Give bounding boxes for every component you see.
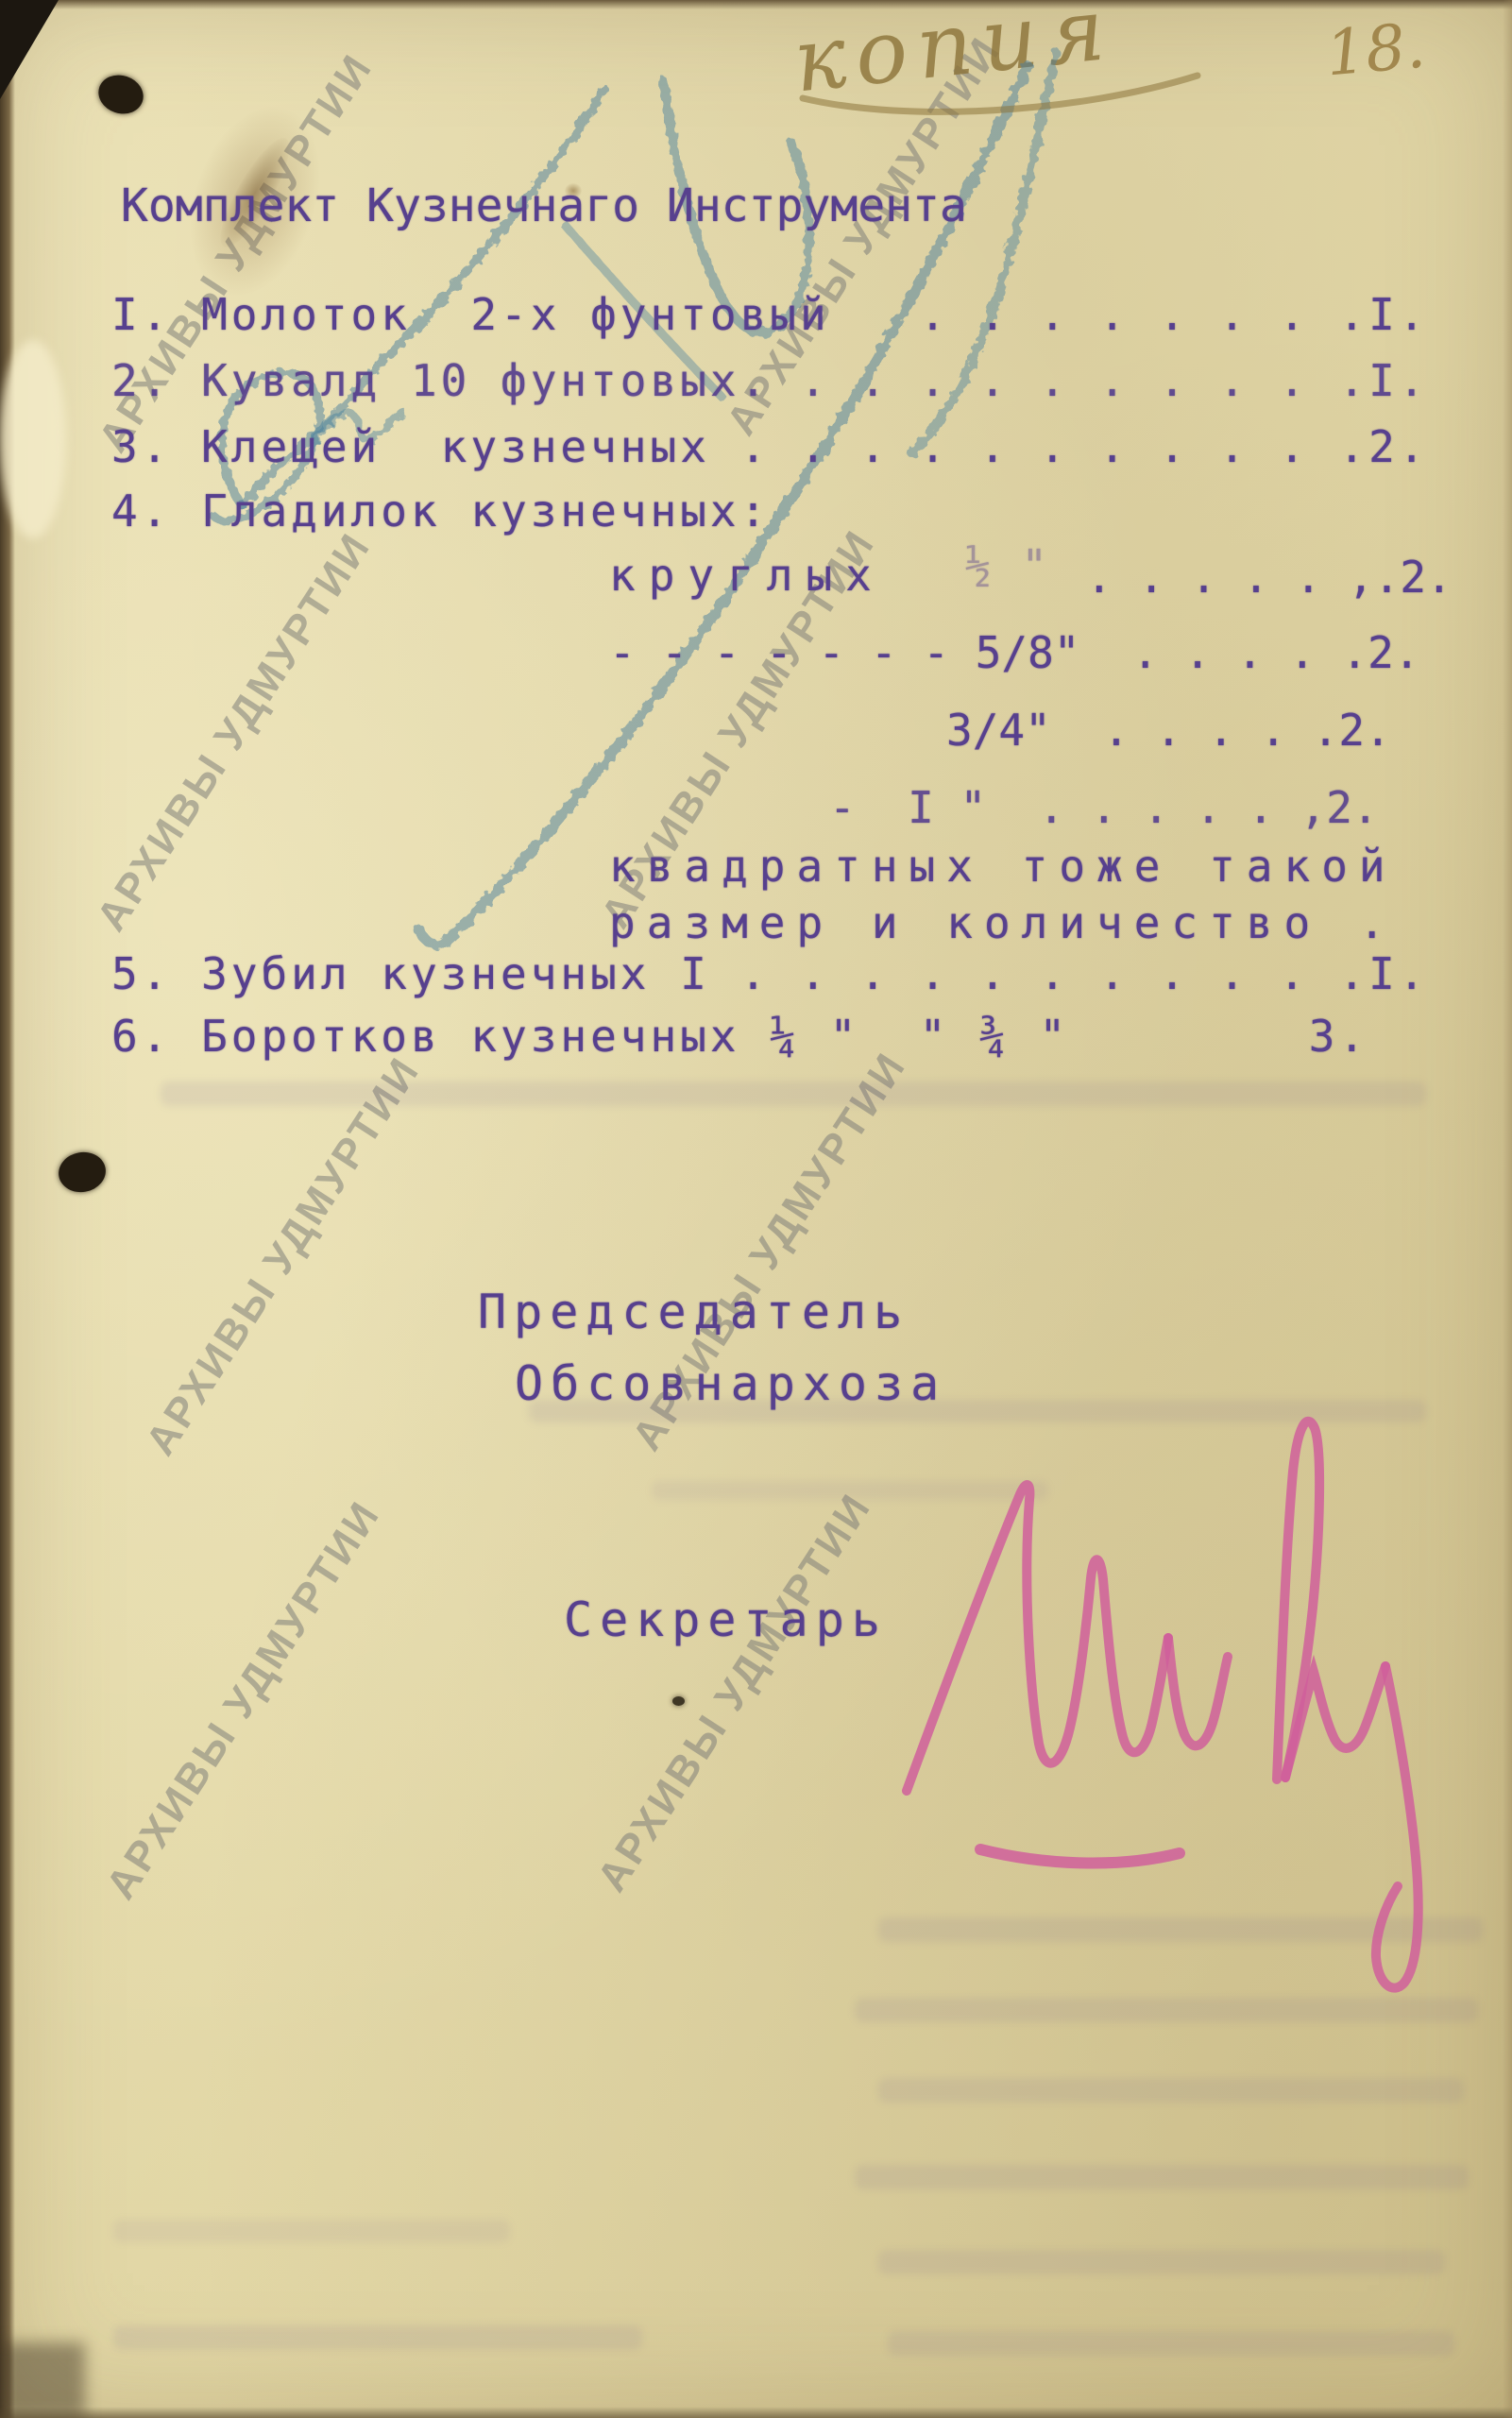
secretary-signature (0, 0, 1512, 2418)
scanned-document-page: АРХИВЫ УДМУРТИИ АРХИВЫ УДМУРТИИ АРХИВЫ У… (0, 0, 1512, 2418)
